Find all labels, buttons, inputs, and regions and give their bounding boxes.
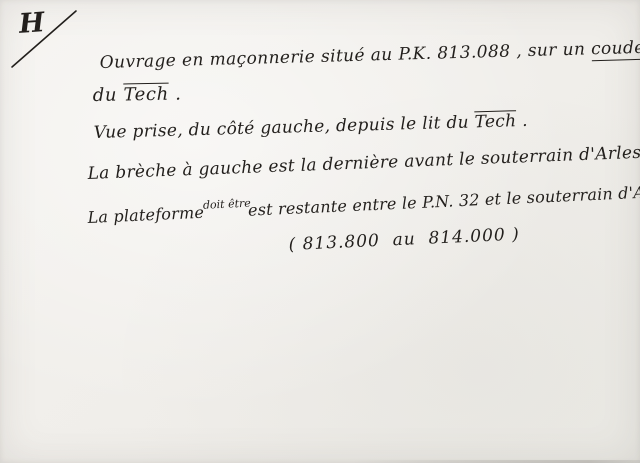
handwritten-line-2: du Tech .: [93, 85, 182, 105]
handwritten-line-5: La plateforme doit êtreest restante entr…: [87, 178, 640, 226]
line2-overlined-word: Tech: [123, 84, 169, 106]
line5-text-start: La plateforme: [87, 202, 210, 227]
handwritten-line-3: Vue prise, du côté gauche, depuis le lit…: [94, 113, 528, 142]
line5-inserted-correction: doit être: [203, 198, 251, 211]
line2-period: .: [169, 83, 182, 104]
diagonal-slash-mark: [0, 0, 100, 80]
handwritten-line-4: La brèche à gauche est la dernière avant…: [87, 144, 640, 183]
line5-text-end: est restante entre le P.N. 32 et le sout…: [248, 181, 640, 220]
line1-underlined-word: coude: [591, 38, 640, 61]
line3-overlined-word: Tech: [474, 111, 516, 132]
line3-text: Vue prise, du côté gauche, depuis le lit…: [93, 112, 474, 143]
line1-text: Ouvrage en maçonnerie situé au P.K. 813.…: [99, 39, 591, 73]
handwritten-line-6-kilometer-range: ( 813.800 au 814.000 ): [288, 227, 520, 254]
scanned-handwritten-note: H Ouvrage en maçonnerie situé au P.K. 81…: [0, 0, 640, 463]
handwritten-line-1: Ouvrage en maçonnerie situé au P.K. 813.…: [100, 40, 640, 72]
line2-text: du: [93, 84, 124, 106]
line3-period: .: [516, 111, 528, 131]
